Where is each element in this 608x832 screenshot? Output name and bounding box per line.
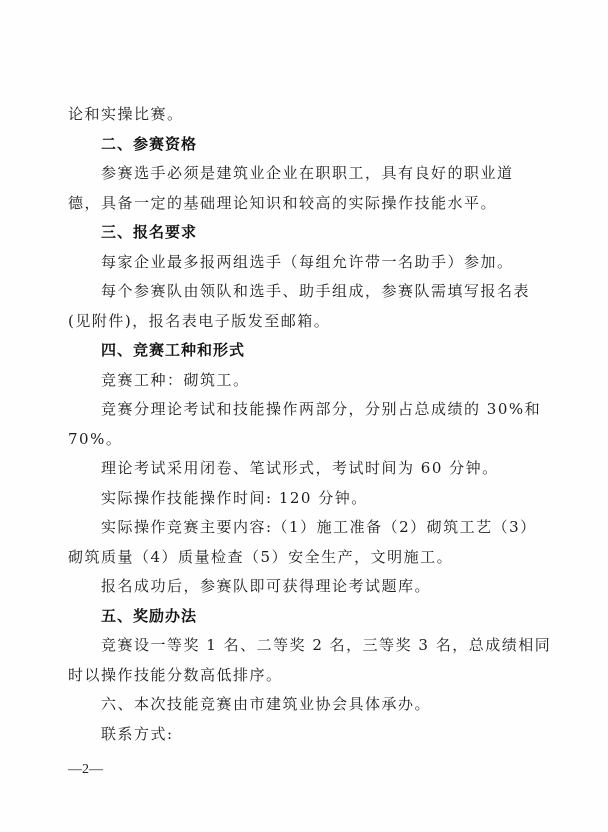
paragraph-practical-content-cont: 砌筑质量（4）质量检查（5）安全生产，文明施工。 (68, 543, 528, 573)
paragraph-eligibility-cont: 德，具备一定的基础理论知识和较高的实际操作技能水平。 (68, 189, 528, 219)
document-body: 论和实操比赛。 二、参赛资格 参赛选手必须是建筑业企业在职职工，具有良好的职业道… (68, 100, 528, 749)
section-heading-registration: 三、报名要求 (68, 218, 528, 248)
paragraph-question-bank: 报名成功后，参赛队即可获得理论考试题库。 (68, 572, 528, 602)
paragraph-trade: 竞赛工种：砌筑工。 (68, 366, 528, 396)
section-heading-eligibility: 二、参赛资格 (68, 130, 528, 160)
section-heading-format: 四、竞赛工种和形式 (68, 336, 528, 366)
paragraph-contact: 联系方式: (68, 720, 528, 750)
paragraph-team-composition-cont: (见附件)，报名表电子版发至邮箱。 (68, 307, 528, 337)
paragraph-organizer: 六、本次技能竞赛由市建筑业协会具体承办。 (68, 690, 528, 720)
paragraph-team-composition: 每个参赛队由领队和选手、助手组成，参赛队需填写报名表 (68, 277, 528, 307)
paragraph-continuation: 论和实操比赛。 (68, 100, 528, 130)
paragraph-registration-limit: 每家企业最多报两组选手（每组允许带一名助手）参加。 (68, 248, 528, 278)
paragraph-awards: 竞赛设一等奖 1 名、二等奖 2 名，三等奖 3 名，总成绩相同 (68, 631, 528, 661)
paragraph-practical-time: 实际操作技能操作时间: 120 分钟。 (68, 484, 528, 514)
section-heading-awards: 五、奖励办法 (68, 602, 528, 632)
paragraph-eligibility: 参赛选手必须是建筑业企业在职职工，具有良好的职业道 (68, 159, 528, 189)
paragraph-scoring-cont: 70%。 (68, 425, 528, 455)
paragraph-theory-exam: 理论考试采用闭卷、笔试形式，考试时间为 60 分钟。 (68, 454, 528, 484)
paragraph-scoring: 竞赛分理论考试和技能操作两部分，分别占总成绩的 30%和 (68, 395, 528, 425)
page-number: —2— (68, 762, 103, 778)
paragraph-practical-content: 实际操作竞赛主要内容:（1）施工准备（2）砌筑工艺（3） (68, 513, 528, 543)
document-page: 论和实操比赛。 二、参赛资格 参赛选手必须是建筑业企业在职职工，具有良好的职业道… (0, 0, 608, 832)
paragraph-awards-cont: 时以操作技能分数高低排序。 (68, 661, 528, 691)
